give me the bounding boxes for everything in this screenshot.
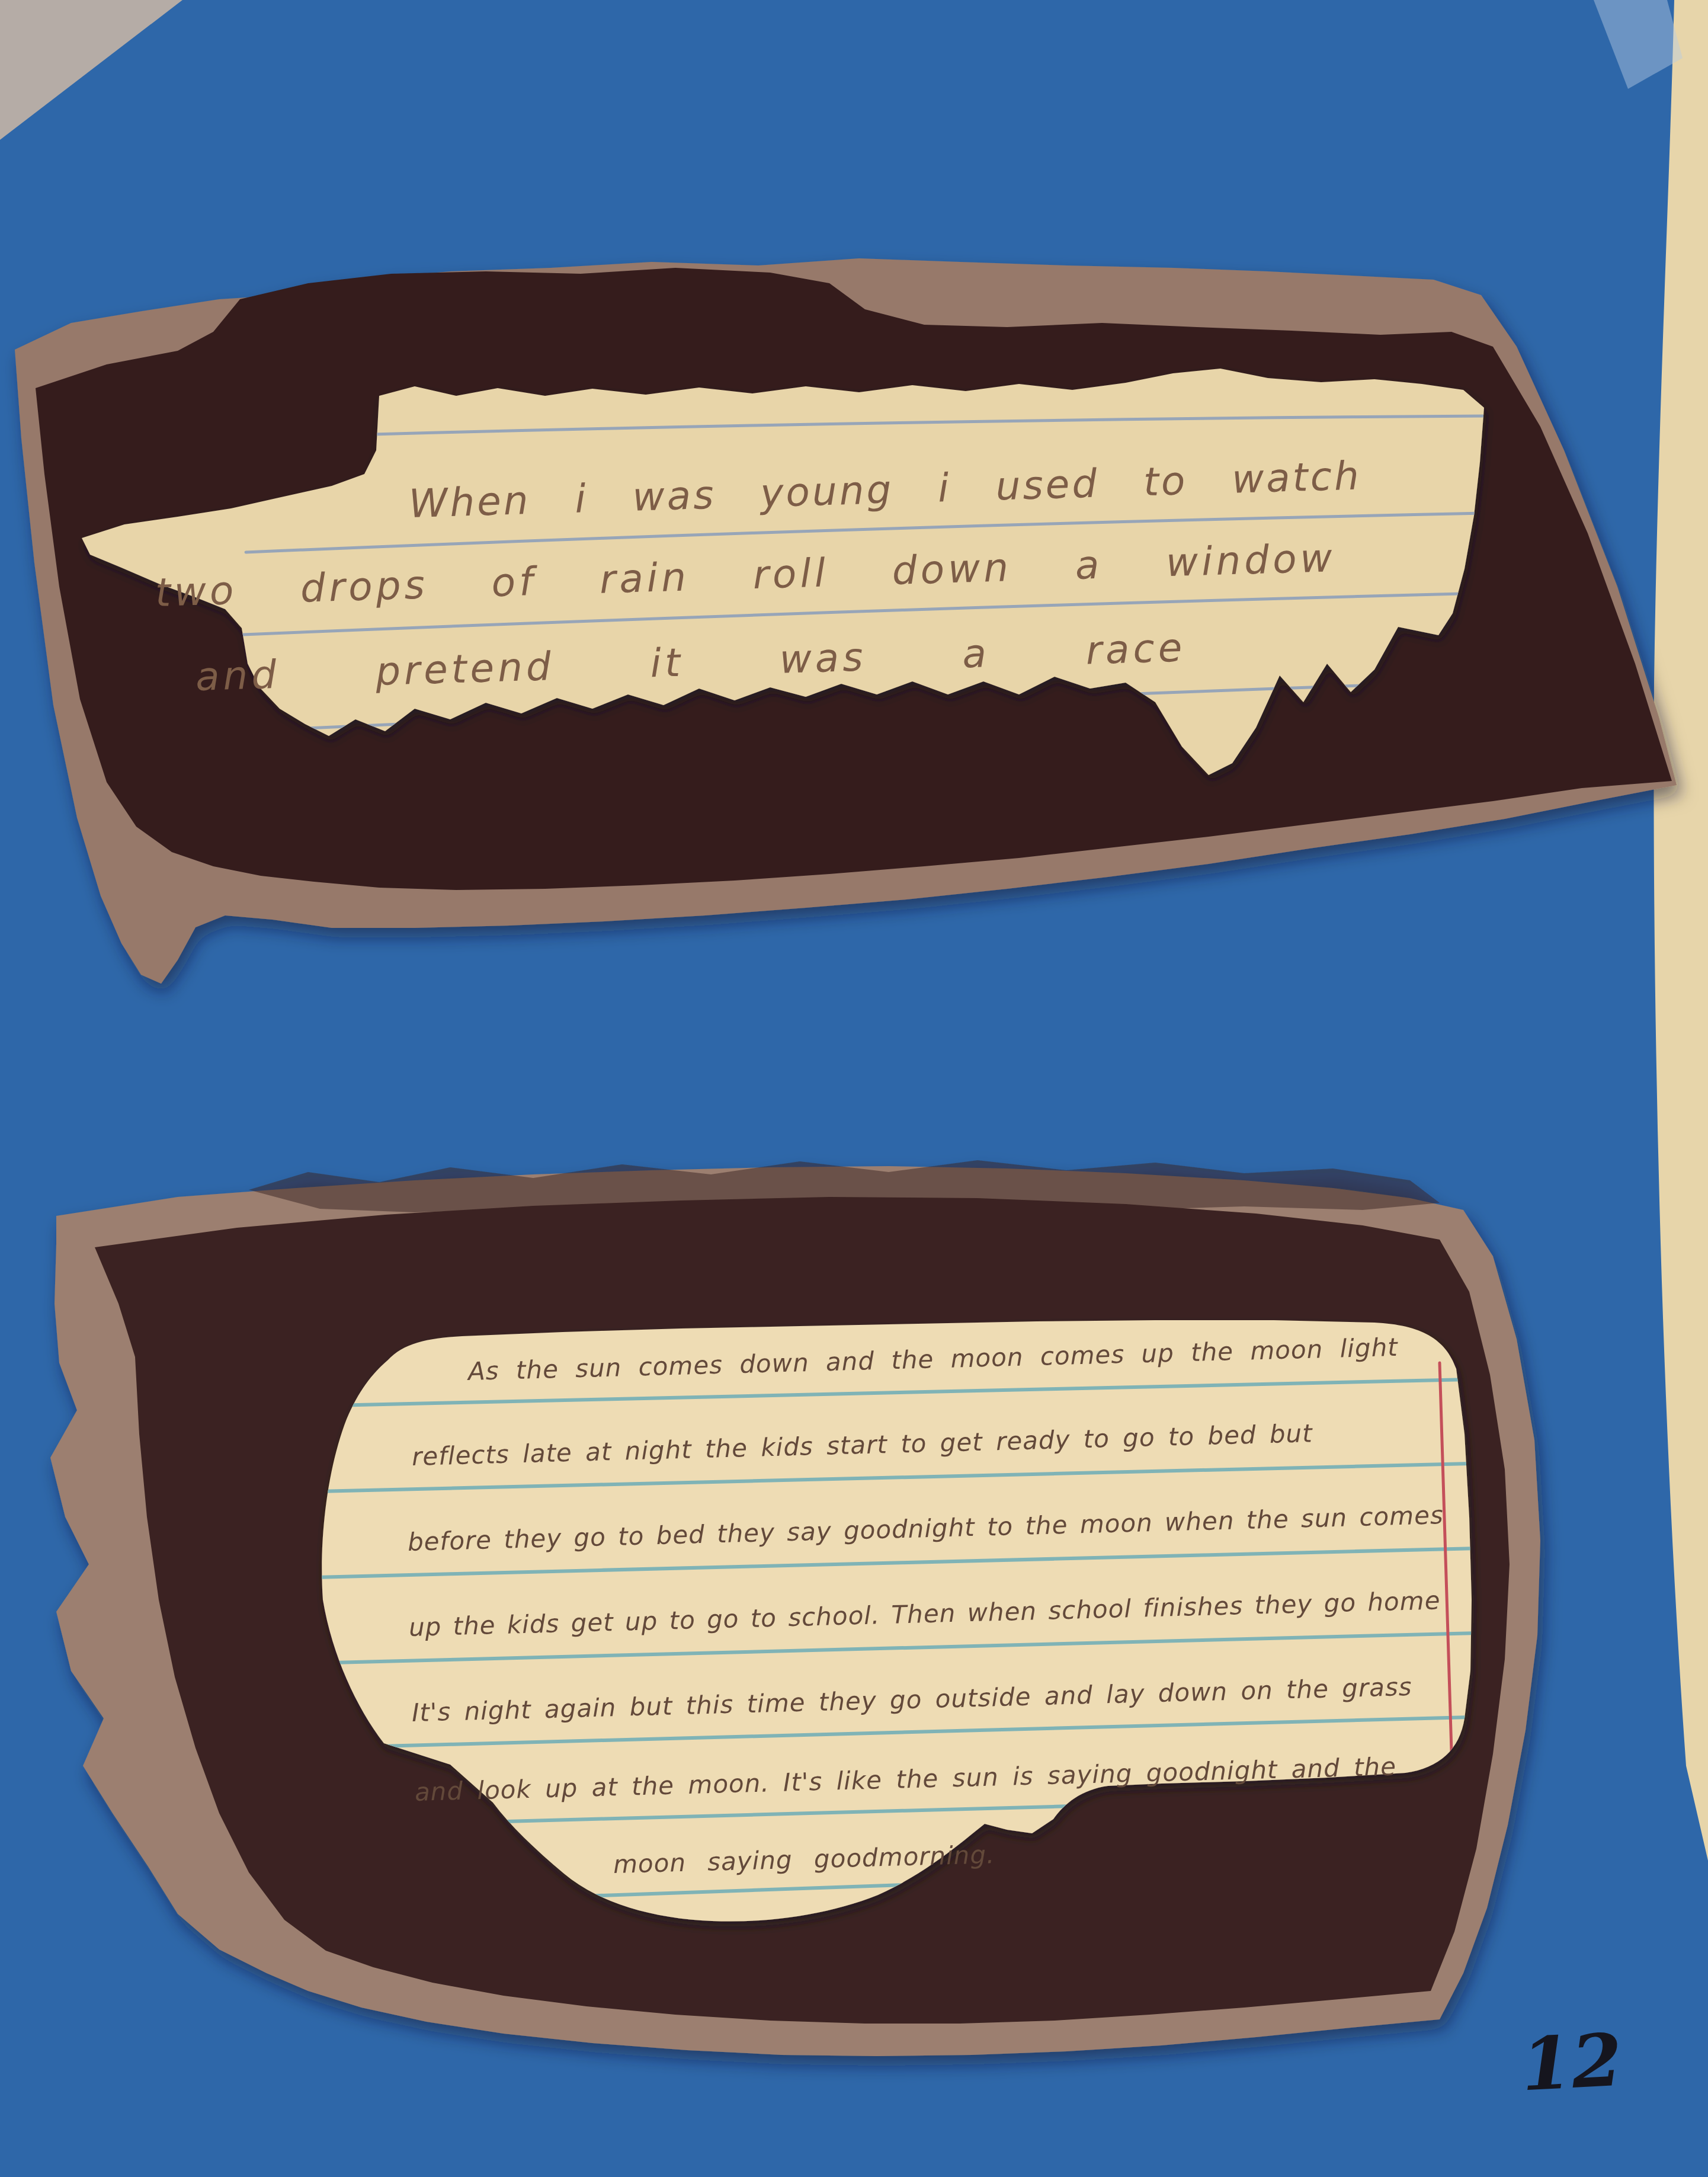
page-number: 12	[1519, 2017, 1624, 2108]
scrapbook-page-photo: When i was young i used to watch two dro…	[0, 0, 1708, 2177]
